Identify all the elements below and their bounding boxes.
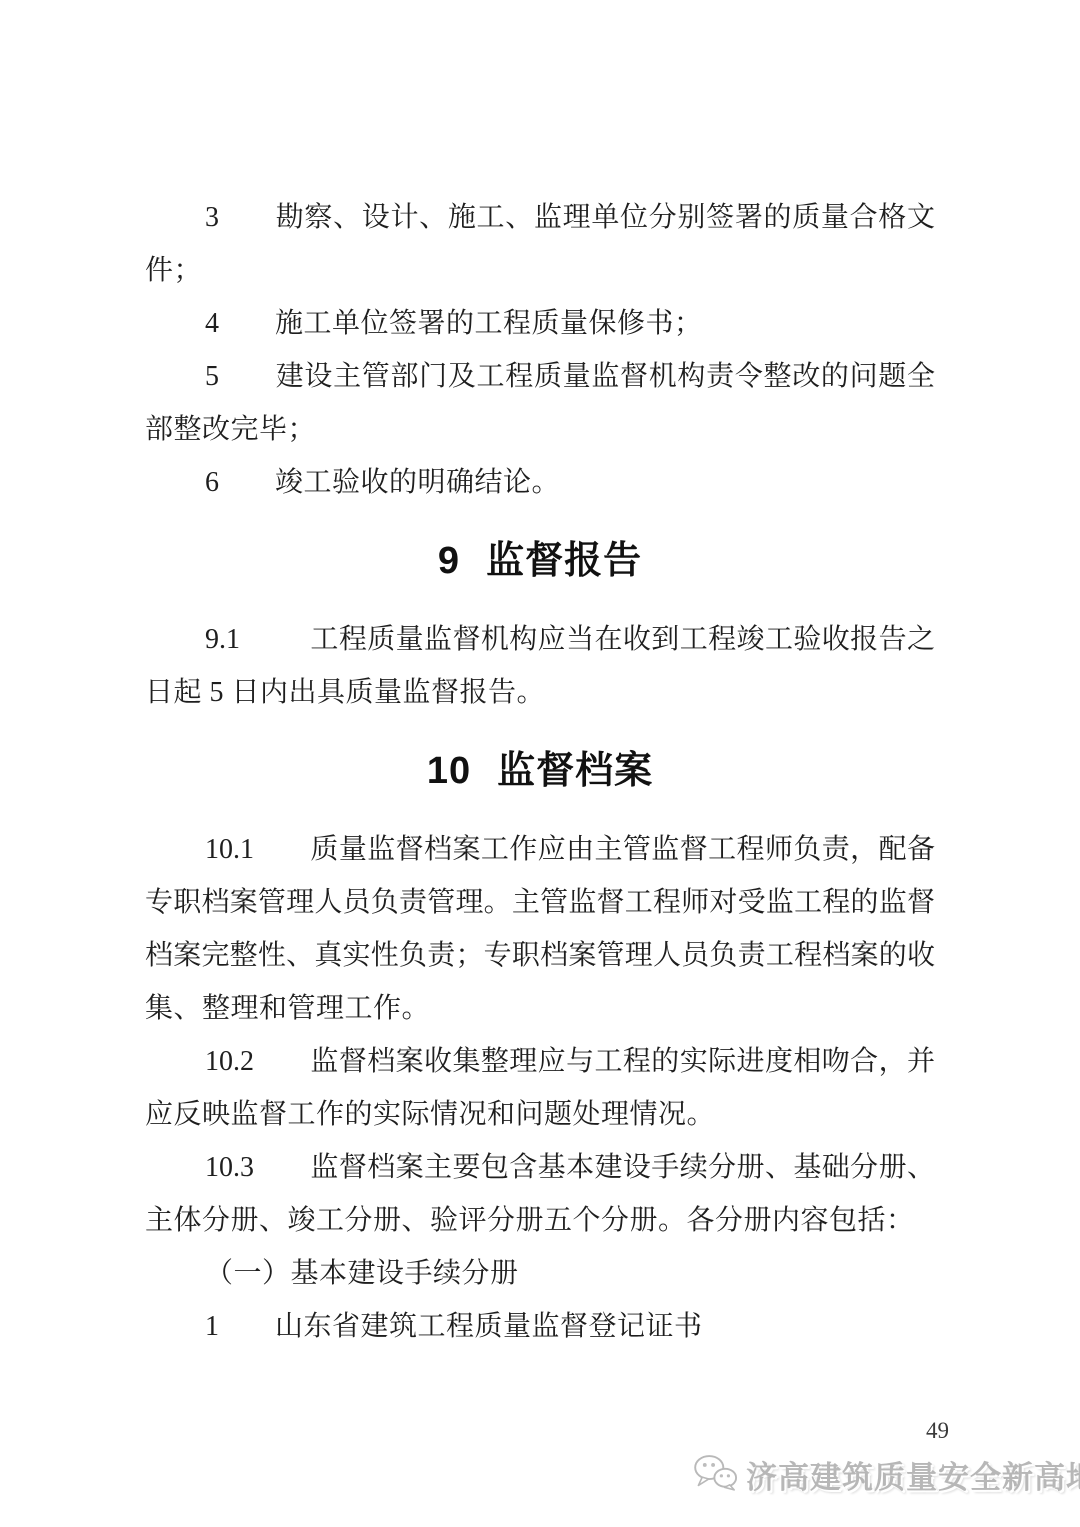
line-text: 工程质量监督机构应当在收到工程竣工验收报告之: [310, 624, 935, 655]
wechat-chat-bubbles-icon: [692, 1453, 738, 1496]
watermark: 济高建筑质量安全新高地: [692, 1452, 1080, 1497]
clause-number: 5: [205, 350, 275, 403]
body-line: 5建设主管部门及工程质量监督机构责令整改的问题全: [145, 350, 935, 403]
section-heading: 9监督报告: [145, 509, 935, 613]
heading-number: 10: [427, 750, 471, 792]
line-text: 勘察、设计、施工、监理单位分别签署的质量合格文: [275, 202, 935, 233]
body-line: 专职档案管理人员负责管理。主管监督工程师对受监工程的监督: [145, 876, 935, 929]
body-line: 1山东省建筑工程质量监督登记证书: [145, 1300, 935, 1353]
clause-number: 1: [205, 1300, 275, 1353]
clause-number: 10.3: [205, 1141, 310, 1194]
line-text: 主体分册、竣工分册、验评分册五个分册。各分册内容包括：: [145, 1205, 915, 1236]
body-line: 主体分册、竣工分册、验评分册五个分册。各分册内容包括：: [145, 1194, 935, 1247]
body-line: 10.3监督档案主要包含基本建设手续分册、基础分册、: [145, 1141, 935, 1194]
body-line: 4施工单位签署的工程质量保修书；: [145, 297, 935, 350]
watermark-text: 济高建筑质量安全新高地: [746, 1452, 1080, 1497]
line-text: 集、整理和管理工作。: [145, 993, 430, 1024]
clause-number: 6: [205, 456, 275, 509]
body-line: 3勘察、设计、施工、监理单位分别签署的质量合格文: [145, 191, 935, 244]
line-text: 档案完整性、真实性负责；专职档案管理人员负责工程档案的收: [145, 940, 935, 971]
heading-text: 监督报告: [486, 540, 642, 582]
body-line: 档案完整性、真实性负责；专职档案管理人员负责工程档案的收: [145, 929, 935, 982]
document-page: 3勘察、设计、施工、监理单位分别签署的质量合格文件；4施工单位签署的工程质量保修…: [0, 0, 1080, 1527]
heading-text: 监督档案: [497, 750, 653, 792]
line-text: 应反映监督工作的实际情况和问题处理情况。: [145, 1099, 715, 1130]
clause-number: 9.1: [205, 613, 310, 666]
heading-number: 9: [438, 540, 460, 582]
clause-number: 3: [205, 191, 275, 244]
line-text: 施工单位签署的工程质量保修书；: [275, 308, 703, 339]
line-text: 监督档案主要包含基本建设手续分册、基础分册、: [310, 1152, 935, 1183]
body-line: 6竣工验收的明确结论。: [145, 456, 935, 509]
clause-number: 10.1: [205, 823, 310, 876]
line-text: 日起 5 日内出具质量监督报告。: [145, 677, 545, 708]
line-text: 部整改完毕；: [145, 414, 316, 445]
document-body: 3勘察、设计、施工、监理单位分别签署的质量合格文件；4施工单位签署的工程质量保修…: [145, 191, 935, 1353]
section-heading: 10监督档案: [145, 719, 935, 823]
line-text: 山东省建筑工程质量监督登记证书: [275, 1311, 703, 1342]
line-text: 监督档案收集整理应与工程的实际进度相吻合，并: [310, 1046, 935, 1077]
page-number: 49: [926, 1418, 949, 1444]
body-line: （一）基本建设手续分册: [145, 1247, 935, 1300]
line-text: 专职档案管理人员负责管理。主管监督工程师对受监工程的监督: [145, 887, 935, 918]
body-line: 9.1工程质量监督机构应当在收到工程竣工验收报告之: [145, 613, 935, 666]
body-line: 部整改完毕；: [145, 403, 935, 456]
line-text: 建设主管部门及工程质量监督机构责令整改的问题全: [275, 361, 935, 392]
body-line: 件；: [145, 244, 935, 297]
clause-number: 10.2: [205, 1035, 310, 1088]
line-text: （一）基本建设手续分册: [205, 1258, 519, 1289]
line-text: 质量监督档案工作应由主管监督工程师负责，配备: [310, 834, 935, 865]
body-line: 10.1质量监督档案工作应由主管监督工程师负责，配备: [145, 823, 935, 876]
line-text: 竣工验收的明确结论。: [275, 467, 560, 498]
body-line: 10.2监督档案收集整理应与工程的实际进度相吻合，并: [145, 1035, 935, 1088]
body-line: 集、整理和管理工作。: [145, 982, 935, 1035]
body-line: 应反映监督工作的实际情况和问题处理情况。: [145, 1088, 935, 1141]
line-text: 件；: [145, 255, 202, 286]
body-line: 日起 5 日内出具质量监督报告。: [145, 666, 935, 719]
clause-number: 4: [205, 297, 275, 350]
